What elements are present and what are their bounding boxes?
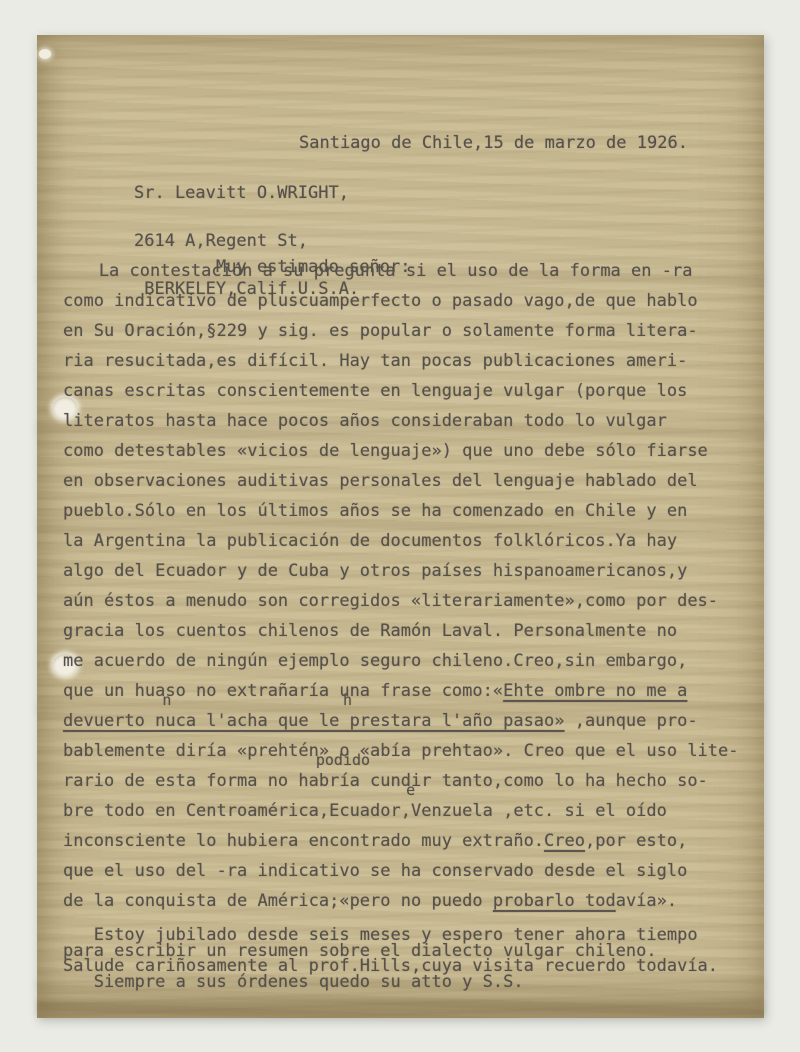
line-text: algo del Ecuador y de Cuba y otros paíse… bbox=[63, 561, 687, 581]
line-text: que un huaso no extrañaría una frase com… bbox=[63, 681, 503, 701]
letter-line: como indicativo de pluscuamperfecto o pa… bbox=[63, 286, 765, 316]
paper-crease bbox=[37, 999, 764, 1015]
letter-line: bablemente diría «prehtén» o «abía preht… bbox=[63, 736, 765, 766]
line-text: de la conquista de América;«pero no pued… bbox=[63, 891, 493, 911]
line-text: gracia los cuentos chilenos de Ramón Lav… bbox=[63, 621, 677, 641]
date-text: Santiago de Chile,15 de marzo de 1926. bbox=[299, 133, 688, 153]
line-text: rario de esta forma no habría cundir tan… bbox=[63, 771, 708, 791]
underlined-text: probarlo tod bbox=[493, 891, 616, 911]
line-text: ria resucitada,es difícil. Hay tan pocas… bbox=[63, 351, 687, 371]
letter-line: en observaciones auditivas personales de… bbox=[63, 466, 765, 496]
letter-line: La contestación a su pregunta si el uso … bbox=[63, 256, 765, 286]
underlined-text: Creo bbox=[544, 831, 585, 851]
letter-line: canas escritas conscientemente en lengua… bbox=[63, 376, 765, 406]
letter-line: literatos hasta hace pocos años consider… bbox=[63, 406, 765, 436]
letter-line: en Su Oración,§229 y sig. es popular o s… bbox=[63, 316, 765, 346]
letter-line: devuerto nuca l'acha que le prestara l'a… bbox=[63, 706, 765, 736]
underlined-text: Ehte ombre no me a bbox=[503, 681, 687, 701]
interlinear-insertion: n bbox=[162, 694, 171, 706]
interlinear-insertion: h bbox=[343, 694, 352, 706]
letter-line: Siempre a sus órdenes quedo su atto y S.… bbox=[63, 975, 765, 991]
line-text: como indicativo de pluscuamperfecto o pa… bbox=[63, 291, 698, 311]
line-text: Siempre a sus órdenes quedo su atto y S.… bbox=[94, 972, 524, 992]
line-text: me acuerdo de ningún ejemplo seguro chil… bbox=[63, 651, 687, 671]
letter-line: ria resucitada,es difícil. Hay tan pocas… bbox=[63, 346, 765, 376]
line-text: aún éstos a menudo son corregidos «liter… bbox=[63, 591, 718, 611]
letter-page: Santiago de Chile,15 de marzo de 1926. S… bbox=[37, 35, 764, 1018]
letter-line: algo del Ecuador y de Cuba y otros paíse… bbox=[63, 556, 765, 586]
letter-line: me acuerdo de ningún ejemplo seguro chil… bbox=[63, 646, 765, 676]
line-text: pueblo.Sólo en los últimos años se ha co… bbox=[63, 501, 687, 521]
line-text: ,por esto, bbox=[585, 831, 687, 851]
interlinear-insertion: e bbox=[406, 784, 415, 796]
letter-line: inconsciente lo hubiera encontrado muy e… bbox=[63, 826, 765, 856]
underlined-text: devuerto nuca l'acha que le prestara l'a… bbox=[63, 711, 565, 731]
line-text: que el uso del -ra indicativo se ha cons… bbox=[63, 861, 687, 881]
letter-line: que el uso del -ra indicativo se ha cons… bbox=[63, 856, 765, 886]
line-text: La contestación a su pregunta si el uso … bbox=[99, 261, 693, 281]
letter-line: de la conquista de América;«pero no pued… bbox=[63, 886, 765, 916]
paper-chip-spot bbox=[39, 49, 51, 59]
line-text: como detestables «vicios de lenguaje») q… bbox=[63, 441, 708, 461]
letter-line: bre todo en Centroamérica,Ecuador,Venzue… bbox=[63, 796, 765, 826]
line-text: ,aunque pro- bbox=[565, 711, 698, 731]
line-text: inconsciente lo hubiera encontrado muy e… bbox=[63, 831, 544, 851]
line-text: literatos hasta hace pocos años consider… bbox=[63, 411, 667, 431]
letter-line: pueblo.Sólo en los últimos años se ha co… bbox=[63, 496, 765, 526]
line-text: en observaciones auditivas personales de… bbox=[63, 471, 698, 491]
closing-paragraph: Estoy jubilado desde seis meses y espero… bbox=[63, 928, 765, 990]
line-text: avía». bbox=[616, 891, 677, 911]
line-text: bre todo en Centroamérica,Ecuador,Venzue… bbox=[63, 801, 667, 821]
line-text: en Su Oración,§229 y sig. es popular o s… bbox=[63, 321, 698, 341]
body-paragraph: La contestación a su pregunta si el uso … bbox=[63, 256, 765, 916]
line-text: bablemente diría «prehtén» o «abía preht… bbox=[63, 741, 739, 761]
letter-line: la Argentina la publicación de documento… bbox=[63, 526, 765, 556]
interlinear-insertion: podido bbox=[316, 754, 370, 766]
letter-line: como detestables «vicios de lenguaje») q… bbox=[63, 436, 765, 466]
letter-line: gracia los cuentos chilenos de Ramón Lav… bbox=[63, 616, 765, 646]
line-text: la Argentina la publicación de documento… bbox=[63, 531, 677, 551]
page-background: Santiago de Chile,15 de marzo de 1926. S… bbox=[0, 0, 800, 1052]
letter-line: aún éstos a menudo son corregidos «liter… bbox=[63, 586, 765, 616]
address-line-name: Sr. Leavitt O.WRIGHT, bbox=[134, 185, 359, 201]
line-text: canas escritas conscientemente en lengua… bbox=[63, 381, 687, 401]
